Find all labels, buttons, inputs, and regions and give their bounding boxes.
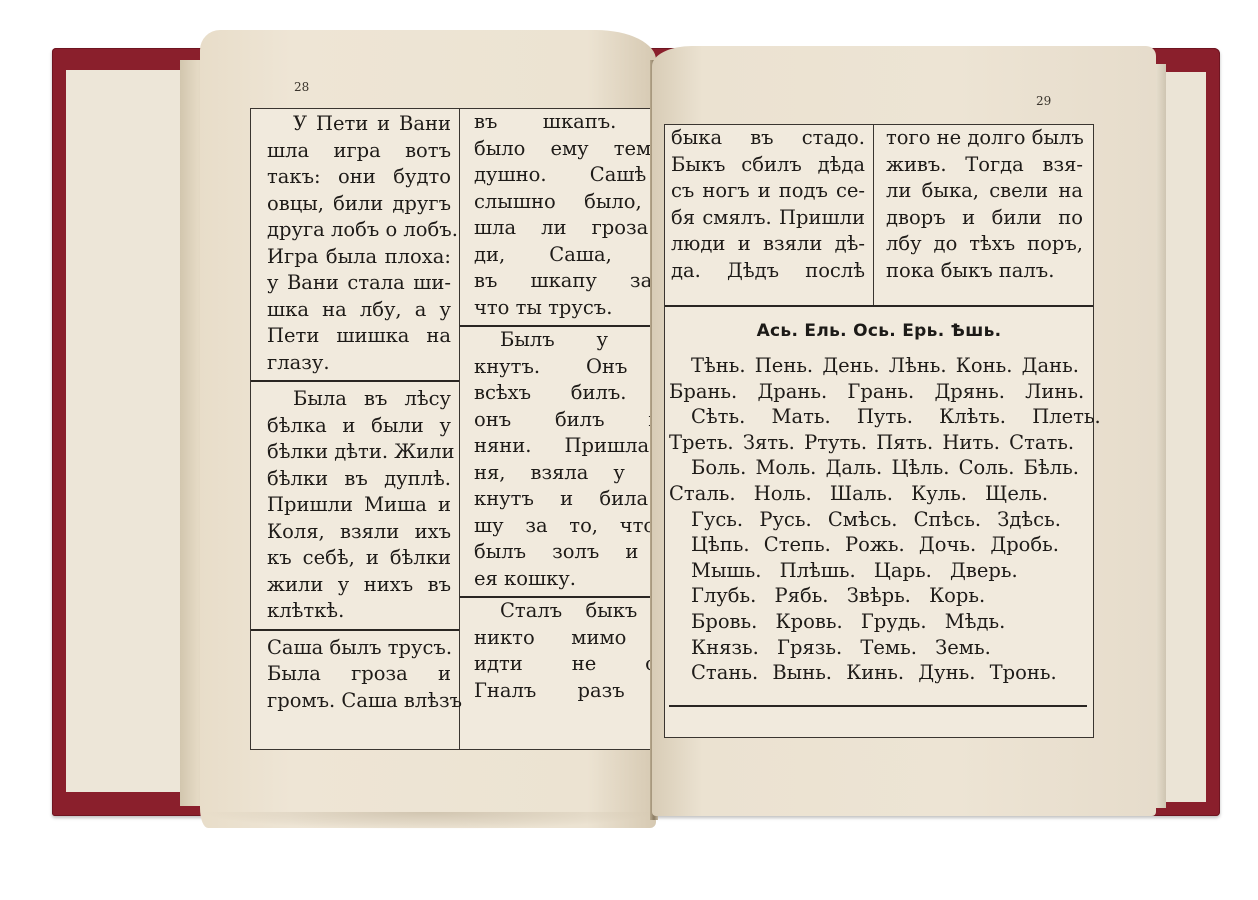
story-bull-part-1: быка въ стадо. Быкъ сбилъ дѣда съ ногъ и… (665, 125, 873, 284)
word-row: Гусь. Русь. Смѣсь. Спѣсь. Здѣсь. (665, 507, 1093, 533)
word-row: Сталь. Ноль. Шаль. Куль. Щель. (665, 481, 1093, 507)
word-row: Князь. Грязь. Темь. Земь. (665, 635, 1093, 661)
text-line: Коля, взяли ихъ (267, 519, 451, 546)
text-line: того не долго былъ (886, 125, 1083, 152)
text-line: что ты трусъ. (474, 295, 653, 322)
left-page-number: 28 (294, 80, 309, 94)
story-squirrel: Была въ лѣсу бѣлка и были у бѣлки дѣти. … (251, 380, 459, 625)
text-line: кнутъ и била Ми- (474, 486, 653, 513)
page-curl-shadow (200, 812, 656, 830)
section-divider (669, 705, 1087, 707)
text-line: бя смялъ. Пришли (671, 205, 865, 232)
text-line: онъ билъ кошку (474, 407, 653, 434)
text-line: съ ногъ и подъ се- (671, 178, 865, 205)
text-line: у Вани стала ши- (267, 270, 451, 297)
text-line: слышно было, про- (474, 189, 653, 216)
text-line: Игра была плоха: (267, 244, 451, 271)
text-line: шла ли гроза. Си- (474, 215, 653, 242)
text-line: душно. Сашѣ не (474, 162, 653, 189)
word-row: Сѣть. Мать. Путь. Клѣть. Плеть. (665, 404, 1093, 430)
text-line: ди, Саша, долго (474, 242, 653, 269)
text-line: овцы, били другъ (267, 191, 451, 218)
left-page-text-frame: У Пети и Вани шла игра вотъ такъ: они бу… (250, 108, 654, 750)
right-page-text-frame: быка въ стадо. Быкъ сбилъ дѣда съ ногъ и… (664, 124, 1094, 738)
text-line: Саша былъ трусъ. (267, 635, 451, 662)
word-row: Глубь. Рябь. Звѣрь. Корь. (665, 583, 1093, 609)
text-line: няни. Пришла ня- (474, 433, 653, 460)
story-sasha-coward-start: Саша былъ трусъ. Была гроза и громъ. Саш… (251, 629, 459, 715)
text-line: Сталъ быкъ золъ, (474, 598, 653, 625)
left-endpaper (66, 70, 186, 792)
lesson-heading: Ась. Ель. Ось. Ерь. Ѣшь. (665, 321, 1093, 341)
text-line: было ему темно и (474, 136, 653, 163)
right-page-column-2: того не долго былъ живъ. Тогда взя- ли б… (874, 125, 1093, 305)
right-page-column-1: быка въ стадо. Быкъ сбилъ дѣда съ ногъ и… (665, 125, 874, 305)
text-line: къ себѣ, и бѣлки (267, 545, 451, 572)
story-bull-start: Сталъ быкъ золъ, никто мимо быка идти не… (460, 596, 653, 704)
text-line: ня, взяла у Миши (474, 460, 653, 487)
text-line: всѣхъ билъ. Разъ (474, 380, 653, 407)
text-line: былъ золъ и билъ (474, 539, 653, 566)
story-sasha-coward-end: въ шкапъ. Тамъ было ему темно и душно. С… (460, 109, 653, 321)
text-line: дворъ и били по (886, 205, 1083, 232)
text-line: ли быка, свели на (886, 178, 1083, 205)
word-row: Боль. Моль. Даль. Цѣль. Соль. Бѣль. (665, 455, 1093, 481)
story-bull-end: быка въ стадо. Быкъ сбилъ дѣда съ ногъ и… (665, 125, 1093, 307)
left-page-column-2: въ шкапъ. Тамъ было ему темно и душно. С… (460, 109, 653, 749)
right-page-number: 29 (1036, 94, 1051, 108)
text-line: бѣлки дѣти. Жили (267, 439, 451, 466)
text-line: глазу. (267, 350, 451, 377)
text-line: Пришли Миша и (267, 492, 451, 519)
text-line: никто мимо быка (474, 625, 653, 652)
text-line: шла игра вотъ (267, 138, 451, 165)
text-line: въ шкапъ. Тамъ (474, 109, 653, 136)
text-line: пока быкъ палъ. (886, 258, 1083, 285)
text-line: кнутъ. Онъ имъ (474, 354, 653, 381)
text-line: живъ. Тогда взя- (886, 152, 1083, 179)
text-line: шка на лбу, а у (267, 297, 451, 324)
text-line: такъ: они будто (267, 164, 451, 191)
story-bull-part-2: того не долго былъ живъ. Тогда взя- ли б… (874, 125, 1093, 284)
text-line: быка въ стадо. (671, 125, 865, 152)
text-line: Была въ лѣсу (267, 386, 451, 413)
right-endpaper (1162, 72, 1206, 802)
word-row: Стань. Вынь. Кинь. Дунь. Тронь. (665, 660, 1093, 686)
left-page-column-1: У Пети и Вани шла игра вотъ такъ: они бу… (251, 109, 460, 749)
text-line: У Пети и Вани (267, 111, 451, 138)
text-line: идти не смѣлъ. (474, 651, 653, 678)
text-line: Гналъ разъ дѣдъ (474, 678, 653, 705)
text-line: Была гроза и (267, 661, 451, 688)
text-line: Былъ у Миши (474, 327, 653, 354)
word-row: Тѣнь. Пень. День. Лѣнь. Конь. Дань. (665, 353, 1093, 379)
word-row: Цѣпь. Степь. Рожь. Дочь. Дробь. (665, 532, 1093, 558)
text-line: Пети шишка на (267, 323, 451, 350)
text-line: лбу до тѣхъ поръ, (886, 231, 1083, 258)
word-row: Мышь. Плѣшь. Царь. Дверь. (665, 558, 1093, 584)
word-row: Бровь. Кровь. Грудь. Мѣдь. (665, 609, 1093, 635)
text-line: клѣткѣ. (267, 598, 451, 625)
story-petya-vanya: У Пети и Вани шла игра вотъ такъ: они бу… (251, 109, 459, 376)
text-line: жили у нихъ въ (267, 572, 451, 599)
story-misha-whip: Былъ у Миши кнутъ. Онъ имъ всѣхъ билъ. Р… (460, 325, 653, 592)
text-line: въ шкапу за то, (474, 268, 653, 295)
text-line: друга лобъ о лобъ. (267, 217, 451, 244)
text-line: бѣлка и были у (267, 413, 451, 440)
text-line: ея кошку. (474, 566, 653, 593)
text-line: бѣлки въ дуплѣ. (267, 466, 451, 493)
text-line: Быкъ сбилъ дѣда (671, 152, 865, 179)
word-row: Треть. Зять. Ртуть. Пять. Нить. Стать. (665, 430, 1093, 456)
word-row: Брань. Дрань. Грань. Дрянь. Линь. (665, 379, 1093, 405)
word-list: Тѣнь. Пень. День. Лѣнь. Конь. Дань. Бран… (665, 353, 1093, 686)
text-line: громъ. Саша влѣзъ (267, 688, 451, 715)
text-line: шу за то, что онъ (474, 513, 653, 540)
text-line: да. Дѣдъ послѣ (671, 258, 865, 285)
text-line: люди и взяли дѣ- (671, 231, 865, 258)
